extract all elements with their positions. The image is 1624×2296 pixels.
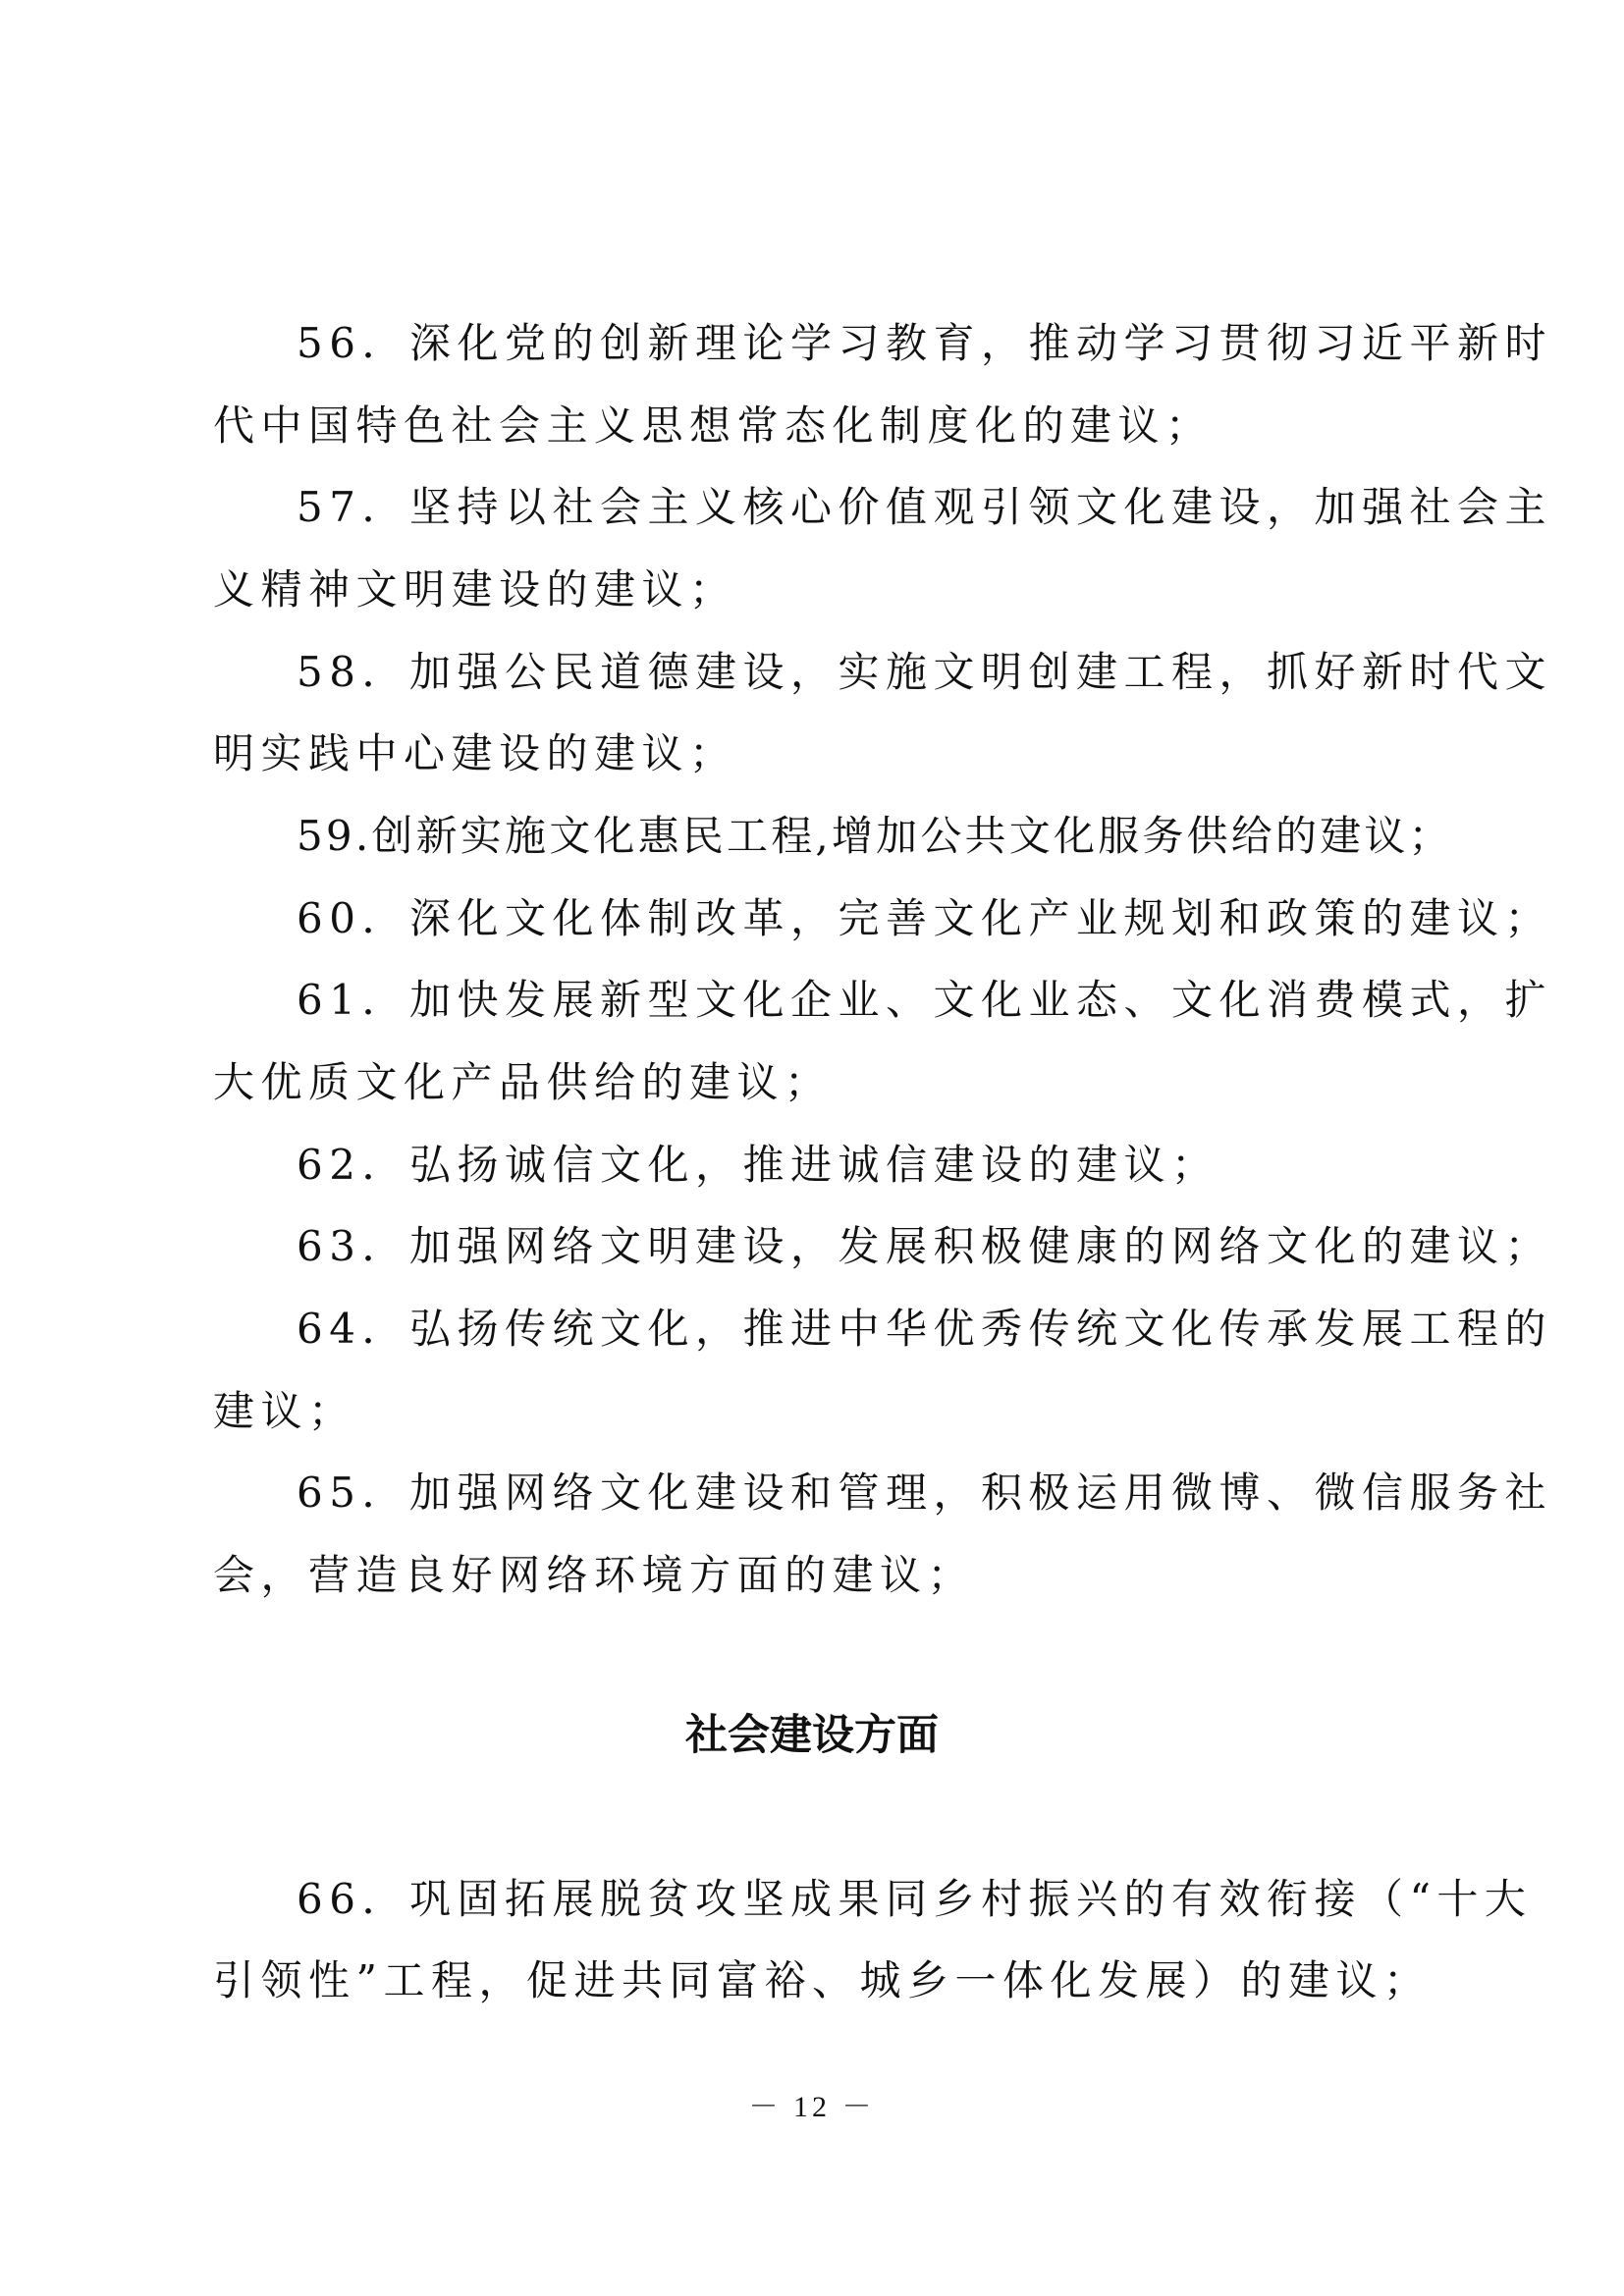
list-item-continuation: 明实践中心建设的建议；	[213, 724, 1431, 783]
list-item-start: 57．坚持以社会主义核心价值观引领文化建设，加强社会主	[297, 478, 1514, 537]
document-page: 56．深化党的创新理论学习教育，推动学习贯彻习近平新时代中国特色社会主义思想常态…	[0, 0, 1624, 2296]
list-item-continuation: 义精神文明建设的建议；	[213, 561, 1431, 619]
list-item-start: 58．加强公民道德建设，实施文明创建工程，抓好新时代文	[297, 643, 1514, 702]
list-item-continuation: 大优质文化产品供给的建议；	[213, 1053, 1431, 1112]
list-item-continuation: 建议；	[213, 1382, 1431, 1441]
list-item-start: 61．加快发展新型文化企业、文化业态、文化消费模式，扩	[297, 971, 1514, 1030]
section-heading: 社会建设方面	[0, 1706, 1624, 1765]
list-item-start: 63．加强网络文明建设，发展积极健康的网络文化的建议；	[297, 1217, 1514, 1276]
list-item-continuation: 引领性”工程，促进共同富裕、城乡一体化发展）的建议；	[213, 1951, 1431, 2010]
list-item-start: 59.创新实施文化惠民工程,增加公共文化服务供给的建议；	[297, 807, 1514, 866]
list-item-start: 64．弘扬传统文化，推进中华优秀传统文化传承发展工程的	[297, 1300, 1514, 1359]
page-number: － 12 －	[0, 2088, 1624, 2127]
list-item-start: 65．加强网络文化建设和管理，积极运用微博、微信服务社	[297, 1464, 1514, 1522]
list-item-start: 66．巩固拓展脱贫攻坚成果同乡村振兴的有效衔接（“十大	[297, 1870, 1514, 1929]
list-item-start: 56．深化党的创新理论学习教育，推动学习贯彻习近平新时	[297, 314, 1514, 373]
list-item-start: 62．弘扬诚信文化，推进诚信建设的建议；	[297, 1136, 1514, 1195]
list-item-start: 60．深化文化体制改革，完善文化产业规划和政策的建议；	[297, 889, 1514, 948]
list-item-continuation: 会，营造良好网络环境方面的建议；	[213, 1546, 1431, 1605]
list-item-continuation: 代中国特色社会主义思想常态化制度化的建议；	[213, 397, 1431, 455]
